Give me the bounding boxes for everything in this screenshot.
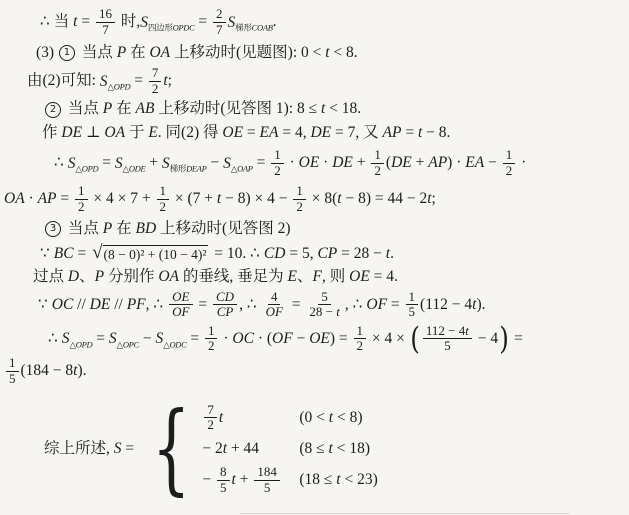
math-text: − xyxy=(207,154,224,172)
math-text: × 4 × xyxy=(368,330,409,348)
math-text: × (7 + t − 8) × 4 − xyxy=(171,190,291,208)
fraction: 12 xyxy=(354,324,367,354)
fraction-numerator: 16 xyxy=(96,7,115,23)
math-text: × 4 × 7 + xyxy=(90,190,155,208)
circled-number: 2 xyxy=(45,102,61,118)
symbol-subscript: 梯形DEAP xyxy=(170,165,207,174)
fraction-numerator: 7 xyxy=(204,403,217,419)
math-text: = xyxy=(253,154,270,172)
symbol-subscript: △OPD xyxy=(108,83,131,92)
fraction: 12 xyxy=(293,184,306,214)
fraction: 12 xyxy=(205,324,218,354)
case-expression: 72t xyxy=(202,403,299,433)
math-text: . xyxy=(273,13,277,31)
math-text: + xyxy=(145,154,162,172)
math-line: OA · AP = 12 × 4 × 7 + 12 × (7 + t − 8) … xyxy=(0,184,629,214)
subscripted-symbol: S△OPD xyxy=(100,73,131,90)
subscripted-symbol: S梯形COAB xyxy=(228,14,273,31)
fraction-denominator: 2 xyxy=(149,82,162,97)
case-expression: − 85t + 1845 xyxy=(202,465,299,495)
fraction-denominator: 5 xyxy=(261,481,274,496)
symbol-subscript: △OPD xyxy=(70,340,93,349)
symbol-subscript: 四边形OPDC xyxy=(148,24,195,33)
symbol-base: S xyxy=(140,14,148,31)
fraction: 85 xyxy=(217,465,230,495)
symbol-base: S xyxy=(115,155,123,172)
fraction: 15 xyxy=(6,356,19,386)
fraction-numerator: 5 xyxy=(318,290,331,306)
fraction-denominator: 5 xyxy=(406,305,419,320)
fraction: 27 xyxy=(213,7,226,37)
fraction-numerator: 7 xyxy=(149,66,162,82)
fraction: CDCP xyxy=(213,290,237,320)
fraction-denominator: 7 xyxy=(213,23,226,38)
subscripted-symbol: S△ODE xyxy=(115,155,146,172)
case-expression: − 2t + 44 xyxy=(202,440,299,458)
circled-number: 3 xyxy=(45,221,61,237)
math-text: 过点 D、P 分别作 OA 的垂线, 垂足为 E、F, 则 OE = 4. xyxy=(33,268,398,286)
fraction-numerator: 1 xyxy=(354,324,367,340)
case-condition: (0 < t < 8) xyxy=(299,409,362,427)
math-text: · OC · (OF − OE) = xyxy=(219,330,351,348)
symbol-base: S xyxy=(100,73,108,90)
symbol-subscript: △ODC xyxy=(163,340,186,349)
fraction-denominator: 5 xyxy=(217,481,230,496)
fraction-numerator: 1 xyxy=(406,290,419,306)
fraction-numerator: CD xyxy=(213,290,237,306)
math-line: 15(184 − 8t). xyxy=(0,356,629,386)
symbol-subscript: 梯形COAB xyxy=(235,24,272,33)
fraction-numerator: 8 xyxy=(217,465,230,481)
math-line: ∴ S△OPD = S△ODE + S梯形DEAP − S△OAP = 12 ·… xyxy=(0,148,629,178)
subscripted-symbol: S四边形OPDC xyxy=(140,14,194,31)
fraction: 167 xyxy=(96,7,115,37)
scanned-math-solution-page: ∴ 当 t = 167 时,S四边形OPDC = 27S梯形COAB.(3) 1… xyxy=(0,7,629,515)
subscripted-symbol: S△OPD xyxy=(62,330,93,347)
math-text: = xyxy=(130,72,147,90)
math-line: ∵ OC // DE // PF, ∴ OEOF = CDCP, ∴ 4OF =… xyxy=(0,290,629,320)
math-text: 当点 P 在 BD 上移动时(见答图 2) xyxy=(64,220,291,238)
big-parenthesis: ) xyxy=(499,327,509,352)
symbol-subscript: △OAP xyxy=(231,165,253,174)
math-text: ∴ 当 t = xyxy=(40,13,94,31)
math-text: (DE + AP) · EA − xyxy=(386,154,501,172)
circled-number: 1 xyxy=(59,45,75,61)
symbol-base: S xyxy=(68,155,76,172)
math-line: 作 DE ⊥ OA 于 E. 同(2) 得 OE = EA = 4, DE = … xyxy=(0,124,629,142)
math-text: 综上所述, S = xyxy=(44,440,138,458)
fraction: 1845 xyxy=(254,465,280,495)
math-text: − xyxy=(139,330,156,348)
fraction: 72 xyxy=(149,66,162,96)
math-text: = xyxy=(195,296,212,314)
fraction: OEOF xyxy=(169,290,192,320)
radical-sign-icon: √ xyxy=(92,243,102,262)
case-condition: (8 ≤ t < 18) xyxy=(299,440,370,458)
solution-body: ∴ 当 t = 167 时,S四边形OPDC = 27S梯形COAB.(3) 1… xyxy=(0,7,629,496)
fraction-numerator: 1 xyxy=(293,184,306,200)
fraction-numerator: 1 xyxy=(271,148,284,164)
case-row: 72t(0 < t < 8) xyxy=(202,403,377,433)
math-text: (184 − 8t). xyxy=(21,362,87,380)
math-line: (3) 1 当点 P 在 OA 上移动时(见题图): 0 < t < 8. xyxy=(0,44,629,62)
symbol-subscript: △OPD xyxy=(76,165,99,174)
math-line: 由(2)可知: S△OPD = 72t; xyxy=(0,66,629,96)
math-text: 时, xyxy=(117,13,140,31)
fraction-numerator: 1 xyxy=(75,184,88,200)
symbol-base: S xyxy=(223,155,231,172)
fraction-numerator: 1 xyxy=(6,356,19,372)
math-text: 当点 P 在 AB 上移动时(见答图 1): 8 ≤ t < 18. xyxy=(64,100,361,118)
fraction-denominator: 2 xyxy=(157,200,170,215)
case-rows: 72t(0 < t < 8)− 2t + 44(8 ≤ t < 18)− 85t… xyxy=(202,403,377,495)
math-text: × 8(t − 8) = 44 − 2t; xyxy=(308,190,436,208)
math-text: (3) xyxy=(36,44,58,62)
math-text: (112 − 4t). xyxy=(420,296,485,314)
math-text: − 4 xyxy=(474,330,498,348)
fraction-denominator: 2 xyxy=(204,418,217,433)
fraction-denominator: 7 xyxy=(99,23,112,38)
math-line: 3 当点 P 在 BD 上移动时(见答图 2) xyxy=(0,220,629,238)
math-text: = xyxy=(195,13,212,31)
math-text: , ∴ OF = xyxy=(345,296,404,314)
fraction: 72 xyxy=(204,403,217,433)
fraction: 12 xyxy=(75,184,88,214)
fraction: 12 xyxy=(157,184,170,214)
symbol-base: S xyxy=(155,330,163,347)
math-line: ∵ BC = √(8 − 0)² + (10 − 4)² = 10. ∴ CD … xyxy=(0,245,629,264)
math-text: 当点 P 在 OA 上移动时(见题图): 0 < t < 8. xyxy=(78,44,358,62)
math-text: = xyxy=(186,330,203,348)
math-text: t + xyxy=(232,471,253,489)
sqrt-radicand: (8 − 0)² + (10 − 4)² xyxy=(103,245,209,264)
math-text: 作 DE ⊥ OA 于 E. 同(2) 得 OE = EA = 4, DE = … xyxy=(42,124,450,142)
math-text: = xyxy=(92,330,109,348)
math-line: ∴ S△OPD = S△OPC − S△ODC = 12 · OC · (OF … xyxy=(0,324,629,354)
case-row: − 2t + 44(8 ≤ t < 18) xyxy=(202,440,377,458)
fraction-denominator: 2 xyxy=(354,339,367,354)
fraction-numerator: 1 xyxy=(371,148,384,164)
symbol-subscript: △ODE xyxy=(123,165,146,174)
math-line: 综上所述, S = {72t(0 < t < 8)− 2t + 44(8 ≤ t… xyxy=(0,402,629,496)
math-text: = xyxy=(98,154,115,172)
math-text: t; xyxy=(163,72,172,90)
subscripted-symbol: S△OPC xyxy=(109,330,139,347)
math-text: ∴ xyxy=(48,330,62,348)
math-text: · xyxy=(517,154,526,172)
fraction-numerator: 184 xyxy=(254,465,280,481)
fraction: 528 − t xyxy=(306,290,342,320)
math-text: 由(2)可知: xyxy=(27,72,100,90)
fraction: 12 xyxy=(371,148,384,178)
fraction-numerator: 1 xyxy=(503,148,516,164)
fraction-denominator: OF xyxy=(169,305,192,320)
math-text: ∵ OC // DE // PF, ∴ xyxy=(38,296,167,314)
big-parenthesis: ( xyxy=(410,327,420,352)
fraction-denominator: 2 xyxy=(293,200,306,215)
math-text: = xyxy=(510,330,523,348)
subscripted-symbol: S梯形DEAP xyxy=(162,155,207,172)
left-brace: { xyxy=(152,402,191,496)
piecewise-cases: {72t(0 < t < 8)− 2t + 44(8 ≤ t < 18)− 85… xyxy=(138,402,378,496)
fraction-denominator: 28 − t xyxy=(306,305,342,320)
math-text: t xyxy=(219,409,223,427)
math-text: ∴ xyxy=(54,154,68,172)
fraction: 15 xyxy=(406,290,419,320)
math-text: ∵ BC = xyxy=(40,245,90,263)
math-line: 2 当点 P 在 AB 上移动时(见答图 1): 8 ≤ t < 18. xyxy=(0,100,629,118)
subscripted-symbol: S△OAP xyxy=(223,155,253,172)
fraction-denominator: 2 xyxy=(205,339,218,354)
fraction-denominator: 2 xyxy=(75,200,88,215)
fraction-denominator: OF xyxy=(263,305,286,320)
symbol-base: S xyxy=(109,330,117,347)
case-condition: (18 ≤ t < 23) xyxy=(299,471,377,489)
symbol-base: S xyxy=(228,14,236,31)
fraction-numerator: 1 xyxy=(205,324,218,340)
fraction-numerator: 1 xyxy=(157,184,170,200)
math-text: − 2t + 44 xyxy=(202,440,259,458)
math-line: 过点 D、P 分别作 OA 的垂线, 垂足为 E、F, 则 OE = 4. xyxy=(0,268,629,286)
fraction-denominator: 2 xyxy=(271,164,284,179)
math-text: OA · AP = xyxy=(4,190,73,208)
fraction-numerator: 4 xyxy=(268,290,281,306)
case-row: − 85t + 1845(18 ≤ t < 23) xyxy=(202,465,377,495)
fraction-numerator: OE xyxy=(169,290,192,306)
fraction-denominator: 2 xyxy=(503,164,516,179)
fraction: 4OF xyxy=(263,290,286,320)
math-line: ∴ 当 t = 167 时,S四边形OPDC = 27S梯形COAB. xyxy=(0,7,629,37)
fraction-denominator: CP xyxy=(214,305,237,320)
symbol-subscript: △OPC xyxy=(117,340,139,349)
symbol-base: S xyxy=(162,155,170,172)
fraction-denominator: 2 xyxy=(371,164,384,179)
math-text: = 10. ∴ CD = 5, CP = 28 − t. xyxy=(210,245,394,263)
fraction-denominator: 5 xyxy=(6,372,19,387)
math-text: − xyxy=(202,471,215,489)
symbol-base: S xyxy=(62,330,70,347)
fraction-numerator: 112 − 4t xyxy=(423,324,472,340)
subscripted-symbol: S△OPD xyxy=(68,155,99,172)
math-text: · OE · DE + xyxy=(286,154,370,172)
sqrt-expression: √(8 − 0)² + (10 − 4)² xyxy=(92,245,208,264)
fraction: 112 − 4t5 xyxy=(423,324,472,354)
fraction-denominator: 5 xyxy=(441,339,454,354)
math-text: , ∴ xyxy=(239,296,261,314)
subscripted-symbol: S△ODC xyxy=(155,330,186,347)
fraction: 12 xyxy=(503,148,516,178)
fraction-numerator: 2 xyxy=(213,7,226,23)
math-text: = xyxy=(288,296,305,314)
fraction: 12 xyxy=(271,148,284,178)
